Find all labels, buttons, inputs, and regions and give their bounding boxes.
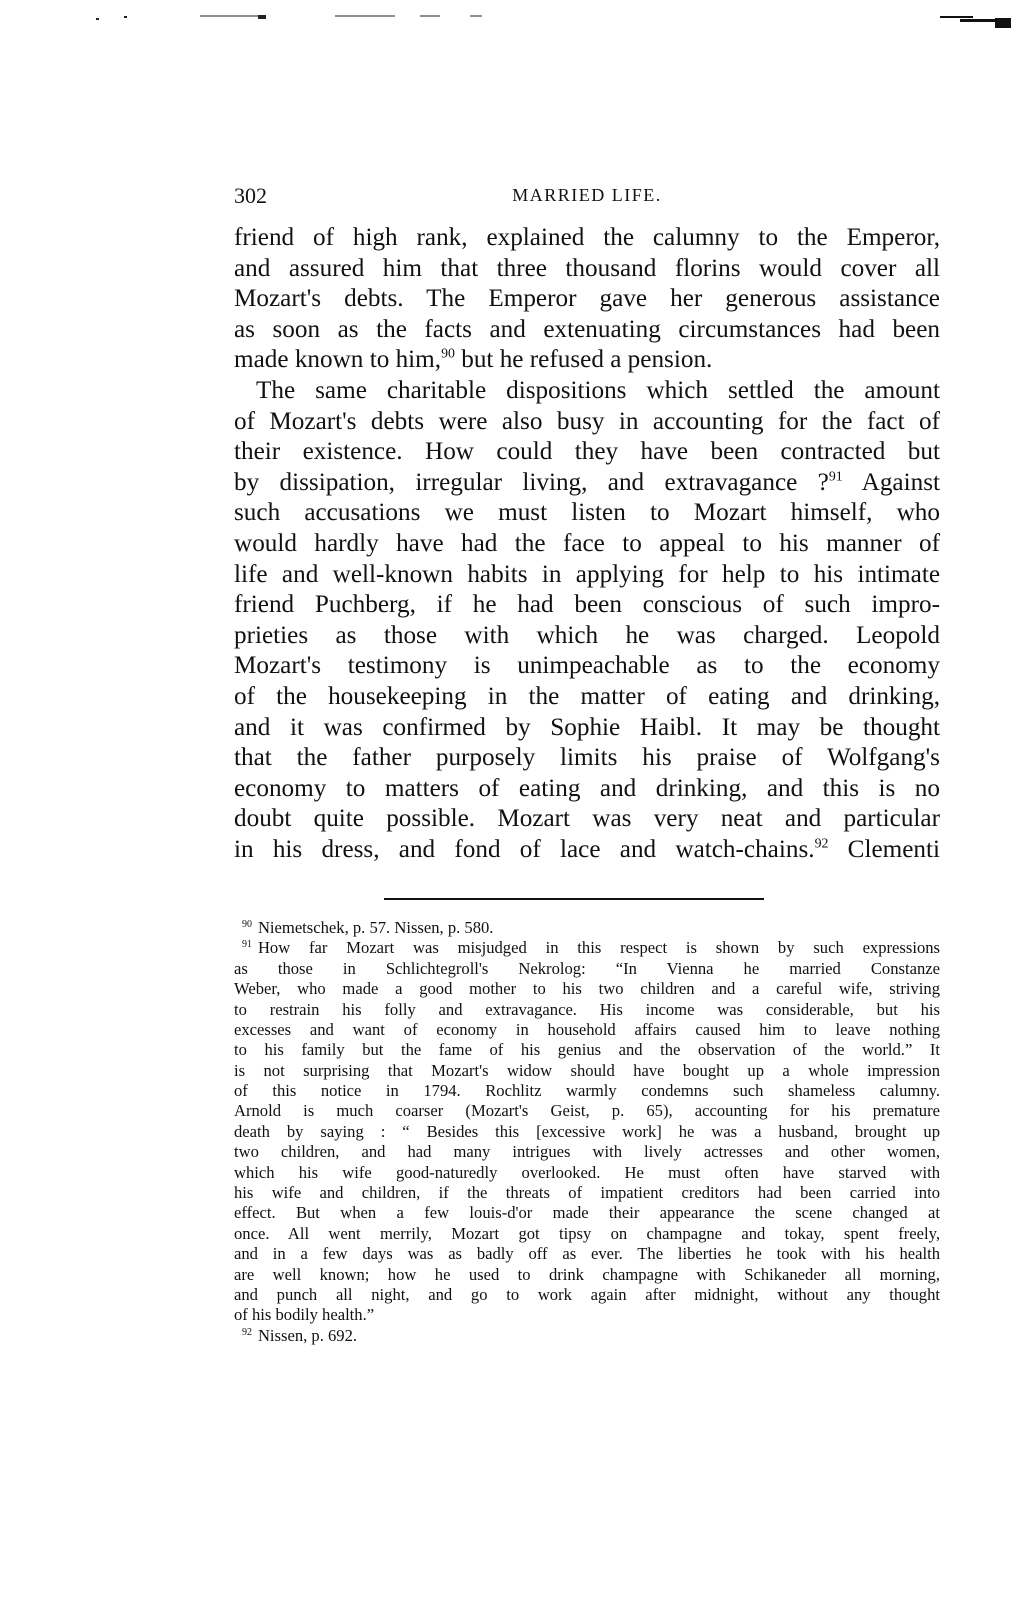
book-page: 302 MARRIED LIFE. friend of high rank, e… <box>234 183 940 1346</box>
footnote-mark: 91 <box>242 939 252 950</box>
body-line: doubt quite possible. Mozart was very ne… <box>234 804 940 835</box>
footnote-line: and in a few days was as badly off as ev… <box>234 1244 940 1264</box>
body-line: friend of high rank, explained the calum… <box>234 223 940 254</box>
body-line: such accusations we must listen to Mozar… <box>234 498 940 529</box>
body-line-text: by dissipation, irregular living, and ex… <box>234 469 829 496</box>
body-line-text: Clementi <box>828 836 940 863</box>
body-line: made known to him,90 but he refused a pe… <box>234 345 940 376</box>
body-line-text: in his dress, and fond of lace and watch… <box>234 836 815 863</box>
footnote-ref-92[interactable]: 92 <box>815 835 829 850</box>
body-line: Mozart's testimony is unimpeachable as t… <box>234 651 940 682</box>
footnote-90: 90Niemetschek, p. 57. Nissen, p. 580. <box>234 918 940 938</box>
footnote-line: Weber, who made a good mother to his two… <box>234 979 940 999</box>
footnote-line: is not surprising that Mozart's widow sh… <box>234 1061 940 1081</box>
footnote-text: How far Mozart was misjudged in this res… <box>258 938 940 957</box>
footnote-divider <box>384 898 764 900</box>
body-line: Mozart's debts. The Emperor gave her gen… <box>234 284 940 315</box>
footnote-line: and punch all night, and go to work agai… <box>234 1285 940 1305</box>
footnote-text: Niemetschek, p. 57. Nissen, p. 580. <box>258 918 494 937</box>
footnote-mark: 92 <box>242 1327 252 1338</box>
footnote-line: Arnold is much coarser (Mozart's Geist, … <box>234 1101 940 1121</box>
body-line: of Mozart's debts were also busy in acco… <box>234 407 940 438</box>
footnote-line: of this notice in 1794. Rochlitz warmly … <box>234 1081 940 1101</box>
body-line: their existence. How could they have bee… <box>234 437 940 468</box>
body-line: by dissipation, irregular living, and ex… <box>234 468 940 499</box>
body-line: and assured him that three thousand flor… <box>234 254 940 285</box>
running-head: MARRIED LIFE. <box>234 185 940 206</box>
scan-artifacts <box>0 0 1034 40</box>
footnote-line: excesses and want of economy in househol… <box>234 1020 940 1040</box>
footnotes: 90Niemetschek, p. 57. Nissen, p. 580. 91… <box>234 918 940 1346</box>
body-line-text: made known to him, <box>234 346 441 373</box>
body-line: The same charitable dispositions which s… <box>234 376 940 407</box>
body-line: that the father purposely limits his pra… <box>234 743 940 774</box>
body-line: of the housekeeping in the matter of eat… <box>234 682 940 713</box>
footnote-text: Nissen, p. 692. <box>258 1326 357 1345</box>
body-line: economy to matters of eating and drinkin… <box>234 774 940 805</box>
body-line: would hardly have had the face to appeal… <box>234 529 940 560</box>
footnote-line: to restrain his folly and extravagance. … <box>234 1000 940 1020</box>
body-text: friend of high rank, explained the calum… <box>234 223 940 865</box>
footnote-ref-90[interactable]: 90 <box>441 346 455 361</box>
body-line: life and well-known habits in applying f… <box>234 560 940 591</box>
footnote-line: two children, and had many intrigues wit… <box>234 1142 940 1162</box>
footnote-line: to his family but the fame of his genius… <box>234 1040 940 1060</box>
body-line: as soon as the facts and extenuating cir… <box>234 315 940 346</box>
footnote-line: of his bodily health.” <box>234 1305 940 1325</box>
page-header: 302 MARRIED LIFE. <box>234 183 940 213</box>
body-line: friend Puchberg, if he had been consciou… <box>234 590 940 621</box>
footnote-line: death by saying : “ Besides this [excess… <box>234 1122 940 1142</box>
footnote-line: which his wife good-naturedly overlooked… <box>234 1163 940 1183</box>
body-line-text: but he refused a pension. <box>455 346 712 373</box>
footnote-91: 91How far Mozart was misjudged in this r… <box>234 938 940 958</box>
body-line: in his dress, and fond of lace and watch… <box>234 835 940 866</box>
footnote-mark: 90 <box>242 919 252 930</box>
footnote-92: 92Nissen, p. 692. <box>234 1326 940 1346</box>
footnote-ref-91[interactable]: 91 <box>829 468 843 483</box>
footnote-line: effect. But when a few louis-d'or made t… <box>234 1203 940 1223</box>
footnote-line: as those in Schlichtegroll's Nekrolog: “… <box>234 959 940 979</box>
body-line: prieties as those with which he was char… <box>234 621 940 652</box>
body-line: and it was confirmed by Sophie Haibl. It… <box>234 713 940 744</box>
footnote-line: are well known; how he used to drink cha… <box>234 1265 940 1285</box>
footnote-line: his wife and children, if the threats of… <box>234 1183 940 1203</box>
footnote-line: once. All went merrily, Mozart got tipsy… <box>234 1224 940 1244</box>
body-line-text: Against <box>843 469 940 496</box>
